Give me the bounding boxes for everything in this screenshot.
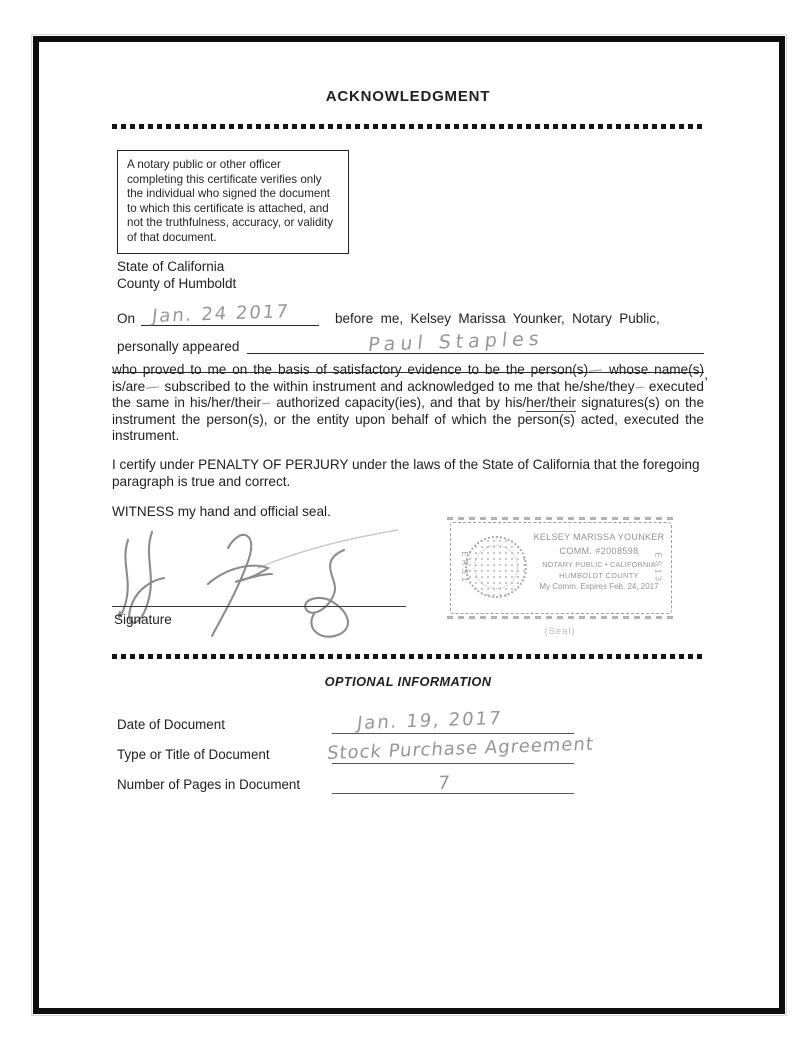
handwritten-page-count: 7 [437,772,453,794]
paragraph-segment: who proved to me on the basis of satisfa… [112,362,603,377]
document-title: ACKNOWLEDGMENT [112,88,704,105]
stamp-top-border [447,517,675,520]
personally-appeared-label: personally appeared [117,339,239,354]
venue-block: State of California County of Humboldt [117,258,236,293]
optional-row-date: Date of Document Jan. 19, 2017 [117,704,704,736]
on-label: On [117,311,135,326]
state-line: State of California [117,258,236,275]
document-content: ACKNOWLEDGMENT A notary public or other … [112,36,704,1002]
scanned-document-page: ACKNOWLEDGMENT A notary public or other … [0,0,812,1049]
handwritten-signer-name: Paul Staples [367,328,545,356]
name-blank-line: Paul Staples [247,327,704,354]
date-of-document-blank: Jan. 19, 2017 [332,707,574,734]
notary-notice-text: A notary public or other officer complet… [127,158,333,244]
paragraph-segment: authorized capacity(ies), and that by hi… [271,395,526,410]
signature-and-seal-section: Signature ERS1 ES13 KELSEY MARISSA YOUNK… [112,520,704,650]
stamp-expiration-line: My Comm. Expires Feb. 24, 2017 [533,581,665,593]
trailing-comma: , [704,367,708,382]
optional-row-pages: Number of Pages in Document 7 [117,764,704,796]
signature-line [112,606,406,607]
date-of-document-label: Date of Document [117,717,225,732]
seal-caption: (Seal) [450,626,670,637]
handwritten-notarization-date: Jan. 24 2017 [151,301,291,327]
optional-information-heading: OPTIONAL INFORMATION [112,674,704,689]
number-of-pages-label: Number of Pages in Document [117,777,300,792]
notary-notice-box: A notary public or other officer complet… [117,150,349,254]
notary-seal-emblem [465,536,527,598]
stamp-text-block: KELSEY MARISSA YOUNKER COMM. #2008598 NO… [533,531,665,594]
number-of-pages-blank: 7 [332,767,574,794]
stamp-notary-name: KELSEY MARISSA YOUNKER [533,531,665,545]
perjury-certification-paragraph: I certify under PENALTY OF PERJURY under… [112,457,704,491]
before-me-text: before me, Kelsey Marissa Younker, Notar… [319,311,704,326]
notary-stamp: ERS1 ES13 KELSEY MARISSA YOUNKER COMM. #… [450,522,672,614]
type-of-document-label: Type or Title of Document [117,747,270,762]
county-line: County of Humboldt [117,275,236,292]
witness-line: WITNESS my hand and official seal. [112,504,331,519]
paragraph-segment: subscribed to the within instrument and … [160,379,644,394]
dotted-separator-bottom [112,654,704,659]
date-blank-line: Jan. 24 2017 [141,301,319,326]
stamp-title-line: NOTARY PUBLIC • CALIFORNIA [533,559,665,570]
handwritten-document-title: Stock Purchase Agreement [326,734,595,764]
dotted-separator-top [112,124,704,129]
stamp-bottom-border [447,616,675,619]
signature-label: Signature [114,612,172,627]
pen-underlined-segment: her/their [526,395,576,412]
type-of-document-blank: Stock Purchase Agreement [332,737,574,764]
date-row: On Jan. 24 2017 before me, Kelsey Mariss… [112,302,704,326]
acknowledgment-paragraph: who proved to me on the basis of satisfa… [112,362,704,445]
optional-row-type: Type or Title of Document Stock Purchase… [117,734,704,766]
appeared-row: personally appeared Paul Staples [112,328,704,354]
handwritten-document-date: Jan. 19, 2017 [356,708,503,734]
stamp-commission-number: COMM. #2008598 [533,545,665,559]
stamp-county-line: HUMBOLDT COUNTY [533,570,665,581]
